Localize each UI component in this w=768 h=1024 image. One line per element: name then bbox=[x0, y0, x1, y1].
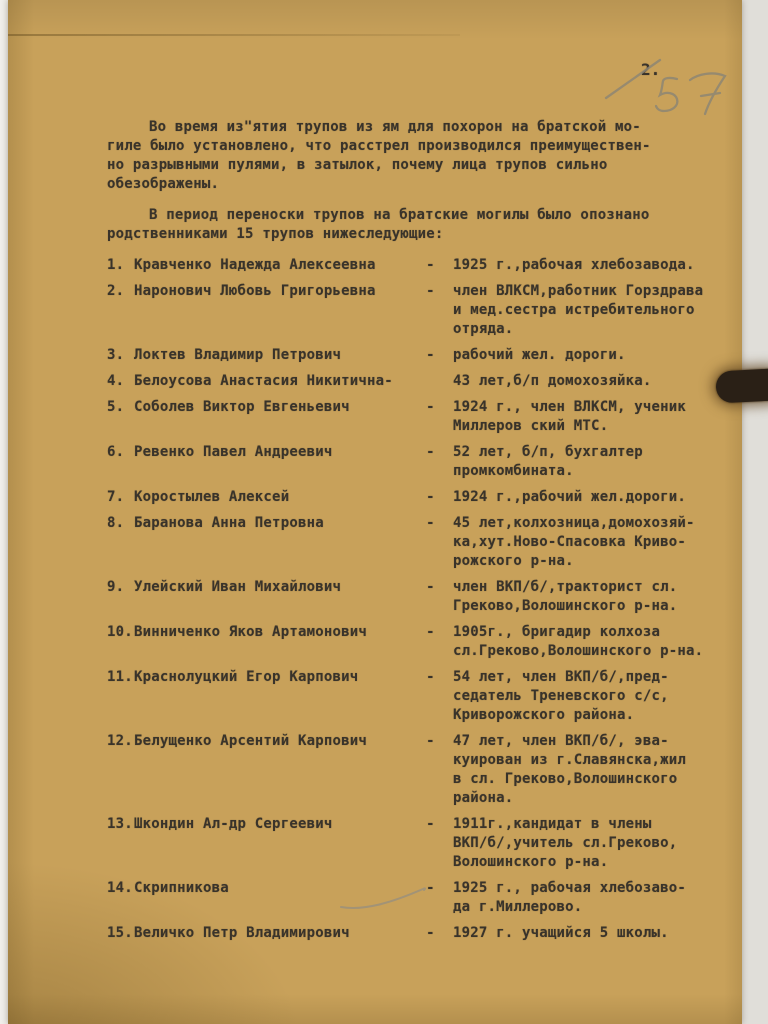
victim-number: 11. bbox=[107, 668, 134, 687]
victim-row: 12. Белущенко Арсентий Карпович - 47 лет… bbox=[107, 732, 747, 808]
victim-row: 8. Баранова Анна Петровна - 45 лет,колхо… bbox=[107, 514, 747, 571]
victim-number: 9. bbox=[107, 578, 134, 597]
dash-separator: - bbox=[422, 668, 439, 687]
paper-top-edge-seam bbox=[8, 34, 460, 36]
scanned-document-page: 2. Во время из"ятия трупов из ям для пох… bbox=[0, 0, 768, 1024]
victim-details: 52 лет, б/п, бухгалтер промкомбината. bbox=[439, 443, 643, 481]
victim-details: 43 лет,б/п домохозяйка. bbox=[439, 372, 651, 391]
victim-number: 2. bbox=[107, 282, 134, 301]
dash-separator: - bbox=[422, 282, 439, 301]
victim-row: 11. Краснолуцкий Егор Карпович - 54 лет,… bbox=[107, 668, 747, 725]
victim-details: 54 лет, член ВКП/б/,пред- седатель Трене… bbox=[439, 668, 669, 725]
victim-name: Краснолуцкий Егор Карпович bbox=[134, 668, 422, 687]
victim-details: 1925 г., рабочая хлебозаво- да г.Миллеро… bbox=[439, 879, 686, 917]
victim-details: 1927 г. учащийся 5 школы. bbox=[439, 924, 669, 943]
victim-number: 14. bbox=[107, 879, 134, 898]
victim-name: Скрипникова bbox=[134, 879, 422, 898]
victim-row: 4. Белоусова Анастасия Никитична- 43 лет… bbox=[107, 372, 747, 391]
victim-number: 3. bbox=[107, 346, 134, 365]
victim-number: 6. bbox=[107, 443, 134, 462]
victim-details: 1924 г., член ВЛКСМ, ученик Миллеров ски… bbox=[439, 398, 686, 436]
dash-separator: - bbox=[422, 443, 439, 462]
victim-details: член ВЛКСМ,работник Горздрава и мед.сест… bbox=[439, 282, 703, 339]
victim-name: Коростылев Алексей bbox=[134, 488, 422, 507]
victim-name: Величко Петр Владимирович bbox=[134, 924, 422, 943]
handwritten-pencil-page-number-57 bbox=[603, 50, 738, 122]
victim-name: Локтев Владимир Петрович bbox=[134, 346, 422, 365]
dash-separator: - bbox=[422, 488, 439, 507]
victim-row: 2. Наронович Любовь Григорьевна - член В… bbox=[107, 282, 747, 339]
pencil-strike-line bbox=[606, 60, 660, 98]
dash-separator: - bbox=[422, 578, 439, 597]
victim-details: 1905г., бригадир колхоза сл.Греково,Воло… bbox=[439, 623, 703, 661]
dash-separator: - bbox=[422, 732, 439, 751]
victim-row: 1. Кравченко Надежда Алексеевна - 1925 г… bbox=[107, 256, 747, 275]
victim-number: 1. bbox=[107, 256, 134, 275]
victim-row: 5. Соболев Виктор Евгеньевич - 1924 г., … bbox=[107, 398, 747, 436]
victim-number: 12. bbox=[107, 732, 134, 751]
victim-details: рабочий жел. дороги. bbox=[439, 346, 626, 365]
paragraph: Во время из"ятия трупов из ям для похоро… bbox=[107, 118, 669, 194]
identified-victims-list: 1. Кравченко Надежда Алексеевна - 1925 г… bbox=[107, 256, 747, 943]
victim-row: 15. Величко Петр Владимирович - 1927 г. … bbox=[107, 924, 747, 943]
intro-paragraphs: Во время из"ятия трупов из ям для похоро… bbox=[107, 118, 747, 244]
victim-details: 47 лет, член ВКП/б/, эва- куирован из г.… bbox=[439, 732, 686, 808]
victim-number: 4. bbox=[107, 372, 134, 391]
victim-number: 8. bbox=[107, 514, 134, 533]
victim-row: 9. Улейский Иван Михайлович - член ВКП/б… bbox=[107, 578, 747, 616]
victim-name: Улейский Иван Михайлович bbox=[134, 578, 422, 597]
victim-row: 14. Скрипникова - 1925 г., рабочая хлебо… bbox=[107, 879, 747, 917]
dash-separator: - bbox=[422, 514, 439, 533]
typewritten-body: Во время из"ятия трупов из ям для похоро… bbox=[107, 118, 747, 950]
victim-row: 6. Ревенко Павел Андреевич - 52 лет, б/п… bbox=[107, 443, 747, 481]
dash-separator: - bbox=[422, 346, 439, 365]
victim-name: Белущенко Арсентий Карпович bbox=[134, 732, 422, 751]
dash-separator: - bbox=[422, 623, 439, 642]
victim-name: Шкондин Ал-др Сергеевич bbox=[134, 815, 422, 834]
victim-row: 13. Шкондин Ал-др Сергеевич - 1911г.,кан… bbox=[107, 815, 747, 872]
victim-details: 1911г.,кандидат в члены ВКП/б/,учитель с… bbox=[439, 815, 677, 872]
victim-row: 3. Локтев Владимир Петрович - рабочий же… bbox=[107, 346, 747, 365]
victim-row: 10. Винниченко Яков Артамонович - 1905г.… bbox=[107, 623, 747, 661]
victim-number: 15. bbox=[107, 924, 134, 943]
dash-separator: - bbox=[422, 256, 439, 275]
victim-name: Кравченко Надежда Алексеевна bbox=[134, 256, 422, 275]
dash-separator: - bbox=[422, 879, 439, 898]
victim-name: Ревенко Павел Андреевич bbox=[134, 443, 422, 462]
victim-details: 45 лет,колхозница,домохозяй- ка,хут.Ново… bbox=[439, 514, 695, 571]
paragraph: В период переноски трупов на братские мо… bbox=[107, 206, 669, 244]
dash-separator: - bbox=[422, 398, 439, 417]
victim-number: 7. bbox=[107, 488, 134, 507]
dash-separator: - bbox=[422, 924, 439, 943]
victim-details: 1925 г.,рабочая хлебозавода. bbox=[439, 256, 695, 275]
victim-number: 13. bbox=[107, 815, 134, 834]
victim-number: 10. bbox=[107, 623, 134, 642]
victim-name: Винниченко Яков Артамонович bbox=[134, 623, 422, 642]
victim-number: 5. bbox=[107, 398, 134, 417]
victim-details: член ВКП/б/,тракторист сл. Греково,Волош… bbox=[439, 578, 677, 616]
dash-separator: - bbox=[422, 815, 439, 834]
victim-name: Белоусова Анастасия Никитична- bbox=[134, 372, 422, 391]
victim-name: Баранова Анна Петровна bbox=[134, 514, 422, 533]
victim-details: 1924 г.,рабочий жел.дороги. bbox=[439, 488, 686, 507]
victim-name: Наронович Любовь Григорьевна bbox=[134, 282, 422, 301]
victim-row: 7. Коростылев Алексей - 1924 г.,рабочий … bbox=[107, 488, 747, 507]
victim-name: Соболев Виктор Евгеньевич bbox=[134, 398, 422, 417]
